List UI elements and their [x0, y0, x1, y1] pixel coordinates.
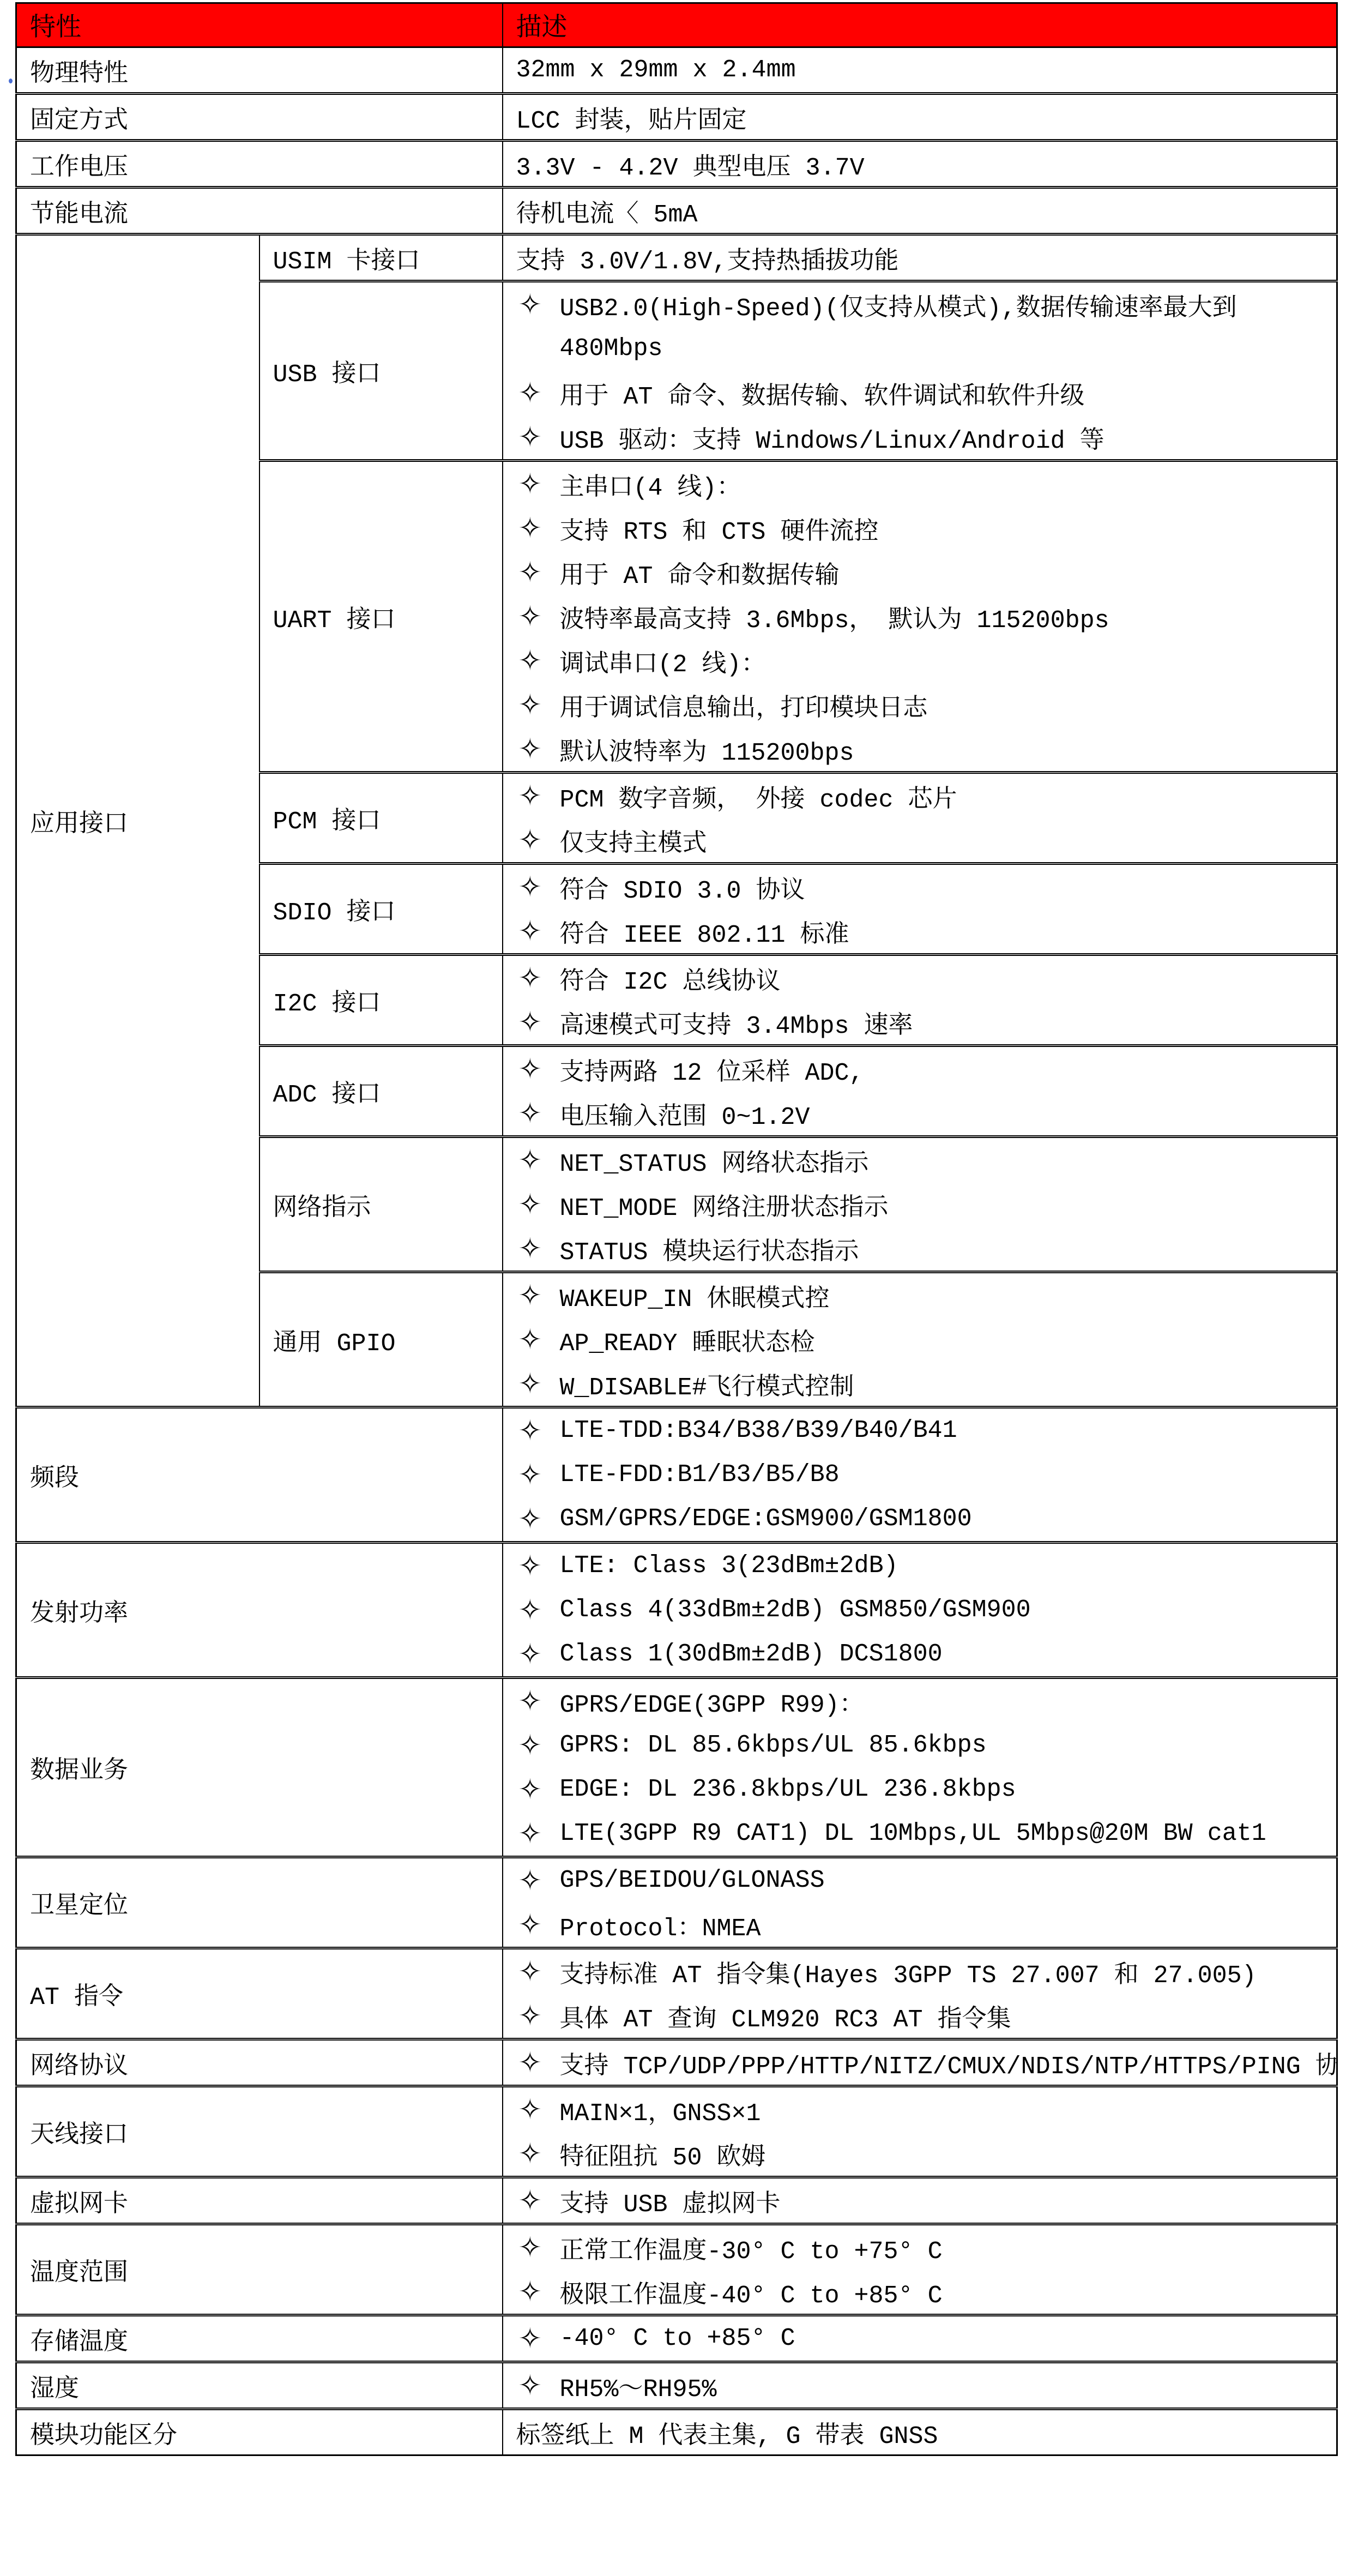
- description-line: ✧NET_MODE 网络注册状态指示: [503, 1182, 1337, 1226]
- description-line: 支持 3.0V/1.8V,支持热插拔功能: [503, 236, 1337, 280]
- description-text: LTE-TDD:B34/B38/B39/B40/B41: [560, 1417, 957, 1445]
- feature-cell: 温度范围: [16, 2224, 503, 2315]
- description-line: ✧具体 AT 查询 CLM920 RC3 AT 指令集: [503, 1994, 1337, 2038]
- table-row: 数据业务✧GPRS/EDGE(3GPP R99)：✧GPRS: DL 85.6k…: [16, 1678, 1337, 1857]
- description-line: ✧USB 驱动：支持 Windows/Linux/Android 等: [503, 415, 1337, 459]
- description-cell: ✧支持两路 12 位采样 ADC,✧电压输入范围 0~1.2V: [503, 1046, 1337, 1137]
- bullet-star-icon: ✧: [518, 1731, 560, 1760]
- description-cell: ✧支持 TCP/UDP/PPP/HTTP/NITZ/CMUX/NDIS/NTP/…: [503, 2039, 1337, 2086]
- header-row: 特性 描述: [16, 3, 1337, 47]
- description-line: ✧用于调试信息输出，打印模块日志: [503, 683, 1337, 727]
- description-line: 3.3V - 4.2V 典型电压 3.7V: [503, 142, 1337, 186]
- bullet-star-icon: ✧: [518, 735, 560, 763]
- description-line: ✧WAKEUP_IN 休眠模式控: [503, 1273, 1337, 1317]
- description-line: ✧波特率最高支持 3.6Mbps， 默认为 115200bps: [503, 594, 1337, 639]
- description-text: Protocol：NMEA: [560, 1907, 761, 1943]
- bullet-star-icon: ✧: [518, 691, 560, 719]
- bullet-star-icon: ✧: [518, 470, 560, 498]
- description-line: ✧LTE-FDD:B1/B3/B5/B8: [503, 1453, 1337, 1497]
- bullet-star-icon: ✧: [518, 1190, 560, 1219]
- description-cell: ✧-40° C to +85° C: [503, 2315, 1337, 2362]
- description-line: ✧PCM 数字音频， 外接 codec 芯片: [503, 774, 1337, 818]
- description-text: GPRS/EDGE(3GPP R99)：: [560, 1683, 864, 1719]
- description-line: ✧支持 USB 虚拟网卡: [503, 2178, 1337, 2223]
- feature-cell: AT 指令: [16, 1948, 503, 2039]
- stray-mark: [9, 79, 13, 83]
- description-line: ✧GPS/BEIDOU/GLONASS: [503, 1858, 1337, 1903]
- bullet-star-icon: ✧: [518, 2234, 560, 2262]
- table-row: 天线接口✧MAIN×1，GNSS×1✧特征阻抗 50 欧姆: [16, 2086, 1337, 2177]
- description-line: ✧EDGE: DL 236.8kbps/UL 236.8kbps: [503, 1767, 1337, 1811]
- subfeature-cell: UART 接口: [259, 461, 503, 773]
- description-line: ✧GPRS/EDGE(3GPP R99)：: [503, 1679, 1337, 1723]
- description-text: GPRS: DL 85.6kbps/UL 85.6kbps: [560, 1731, 987, 1759]
- description-text: 符合 I2C 总线协议: [560, 960, 781, 996]
- bullet-star-icon: ✧: [518, 1911, 560, 1939]
- description-text: W_DISABLE#飞行模式控制: [560, 1366, 854, 1402]
- header-feature-cell: 特性: [16, 3, 503, 47]
- bullet-star-icon: ✧: [518, 2278, 560, 2306]
- bullet-star-icon: ✧: [518, 1552, 560, 1580]
- description-text: -40° C to +85° C: [560, 2325, 795, 2352]
- bullet-star-icon: ✧: [518, 1775, 560, 1804]
- table-row: 发射功率✧LTE: Class 3(23dBm±2dB)✧Class 4(33d…: [16, 1543, 1337, 1678]
- description-text: LTE-FDD:B1/B3/B5/B8: [560, 1461, 840, 1489]
- description-cell: ✧正常工作温度-30° C to +75° C✧极限工作温度-40° C to …: [503, 2224, 1337, 2315]
- description-text: STATUS 模块运行状态指示: [560, 1231, 859, 1267]
- subfeature-cell: SDIO 接口: [259, 864, 503, 955]
- description-text: 正常工作温度-30° C to +75° C: [560, 2230, 943, 2266]
- spec-table-body: 物理特性32mm x 29mm x 2.4mm固定方式LCC 封装，贴片固定工作…: [16, 47, 1337, 2455]
- description-text: 具体 AT 查询 CLM920 RC3 AT 指令集: [560, 1998, 1011, 2034]
- spec-table: 特性 描述 物理特性32mm x 29mm x 2.4mm固定方式LCC 封装，…: [15, 2, 1338, 2456]
- description-line: ✧-40° C to +85° C: [503, 2316, 1337, 2361]
- description-text: LCC 封装，贴片固定: [516, 99, 747, 135]
- bullet-star-icon: ✧: [518, 1687, 560, 1716]
- table-row: 温度范围✧正常工作温度-30° C to +75° C✧极限工作温度-40° C…: [16, 2224, 1337, 2315]
- bullet-star-icon: ✧: [518, 291, 560, 319]
- bullet-star-icon: ✧: [518, 1055, 560, 1084]
- table-row: 节能电流待机电流〈 5mA: [16, 188, 1337, 234]
- feature-cell: 固定方式: [16, 94, 503, 141]
- description-cell: ✧PCM 数字音频， 外接 codec 芯片✧仅支持主模式: [503, 773, 1337, 864]
- description-line: ✧LTE: Class 3(23dBm±2dB): [503, 1544, 1337, 1588]
- description-cell: ✧NET_STATUS 网络状态指示✧NET_MODE 网络注册状态指示✧STA…: [503, 1137, 1337, 1272]
- bullet-star-icon: ✧: [518, 2096, 560, 2124]
- bullet-star-icon: ✧: [518, 873, 560, 901]
- bullet-star-icon: ✧: [518, 2372, 560, 2400]
- description-text: 32mm x 29mm x 2.4mm: [516, 56, 796, 84]
- description-cell: ✧支持标准 AT 指令集(Hayes 3GPP TS 27.007 和 27.0…: [503, 1948, 1337, 2039]
- subfeature-cell: I2C 接口: [259, 955, 503, 1046]
- table-row: 网络协议✧支持 TCP/UDP/PPP/HTTP/NITZ/CMUX/NDIS/…: [16, 2039, 1337, 2086]
- description-cell: 支持 3.0V/1.8V,支持热插拔功能: [503, 234, 1337, 281]
- description-cell: ✧RH5%～RH95%: [503, 2362, 1337, 2409]
- description-line: ✧用于 AT 命令、数据传输、软件调试和软件升级: [503, 371, 1337, 415]
- description-cell: 待机电流〈 5mA: [503, 188, 1337, 234]
- description-line: ✧正常工作温度-30° C to +75° C: [503, 2225, 1337, 2270]
- table-row: 固定方式LCC 封装，贴片固定: [16, 94, 1337, 141]
- description-text: 支持 USB 虚拟网卡: [560, 2183, 781, 2219]
- description-text: NET_STATUS 网络状态指示: [560, 1142, 869, 1178]
- description-text: 支持 3.0V/1.8V,支持热插拔功能: [516, 240, 899, 276]
- description-text: EDGE: DL 236.8kbps/UL 236.8kbps: [560, 1775, 1016, 1803]
- description-text: MAIN×1，GNSS×1: [560, 2092, 761, 2128]
- bullet-star-icon: ✧: [518, 1099, 560, 1128]
- description-cell: ✧LTE-TDD:B34/B38/B39/B40/B41✧LTE-FDD:B1/…: [503, 1407, 1337, 1543]
- description-text: Class 4(33dBm±2dB) GSM850/GSM900: [560, 1596, 1031, 1624]
- description-text: LTE(3GPP R9 CAT1) DL 10Mbps,UL 5Mbps@20M…: [560, 1820, 1266, 1847]
- bullet-star-icon: ✧: [518, 1640, 560, 1669]
- subfeature-cell: USB 接口: [259, 281, 503, 461]
- description-line: ✧电压输入范围 0~1.2V: [503, 1091, 1337, 1135]
- description-line: ✧GSM/GPRS/EDGE:GSM900/GSM1800: [503, 1497, 1337, 1541]
- description-line: ✧符合 I2C 总线协议: [503, 956, 1337, 1000]
- description-cell: ✧GPS/BEIDOU/GLONASS✧Protocol：NMEA: [503, 1857, 1337, 1948]
- description-line: ✧支持标准 AT 指令集(Hayes 3GPP TS 27.007 和 27.0…: [503, 1949, 1337, 1994]
- bullet-star-icon: ✧: [518, 2187, 560, 2215]
- description-text: 支持 RTS 和 CTS 硬件流控: [560, 510, 879, 546]
- description-line: ✧MAIN×1，GNSS×1: [503, 2087, 1337, 2132]
- feature-cell: 发射功率: [16, 1543, 503, 1678]
- description-line: ✧USB2.0(High-Speed)(仅支持从模式),数据传输速率最大到: [503, 282, 1337, 327]
- bullet-star-icon: ✧: [518, 1326, 560, 1354]
- spec-table-header: 特性 描述: [16, 3, 1337, 47]
- table-row: 工作电压3.3V - 4.2V 典型电压 3.7V: [16, 141, 1337, 188]
- bullet-star-icon: ✧: [518, 917, 560, 946]
- description-line: ✧高速模式可支持 3.4Mbps 速率: [503, 1000, 1337, 1044]
- subfeature-cell: ADC 接口: [259, 1046, 503, 1137]
- description-line: ✧NET_STATUS 网络状态指示: [503, 1138, 1337, 1182]
- description-text: 仅支持主模式: [560, 822, 707, 858]
- description-line: ✧RH5%～RH95%: [503, 2363, 1337, 2408]
- description-line: 标签纸上 M 代表主集, G 带表 GNSS: [503, 2410, 1337, 2454]
- bullet-star-icon: ✧: [518, 1505, 560, 1533]
- description-line: ✧Class 4(33dBm±2dB) GSM850/GSM900: [503, 1588, 1337, 1632]
- description-cell: LCC 封装，贴片固定: [503, 94, 1337, 141]
- feature-cell: 频段: [16, 1407, 503, 1543]
- description-line: ✧极限工作温度-40° C to +85° C: [503, 2270, 1337, 2314]
- bullet-star-icon: ✧: [518, 1417, 560, 1445]
- feature-cell: 应用接口: [16, 234, 259, 1407]
- subfeature-cell: 通用 GPIO: [259, 1272, 503, 1407]
- table-row: 存储温度✧-40° C to +85° C: [16, 2315, 1337, 2362]
- bullet-star-icon: ✧: [518, 514, 560, 543]
- description-line: 待机电流〈 5mA: [503, 189, 1337, 233]
- description-text: 标签纸上 M 代表主集, G 带表 GNSS: [516, 2415, 938, 2451]
- description-text: 3.3V - 4.2V 典型电压 3.7V: [516, 146, 865, 182]
- description-text: GPS/BEIDOU/GLONASS: [560, 1867, 825, 1894]
- table-row: 物理特性32mm x 29mm x 2.4mm: [16, 47, 1337, 94]
- description-cell: ✧主串口(4 线)：✧支持 RTS 和 CTS 硬件流控✧用于 AT 命令和数据…: [503, 461, 1337, 773]
- bullet-star-icon: ✧: [518, 2002, 560, 2030]
- description-cell: 标签纸上 M 代表主集, G 带表 GNSS: [503, 2409, 1337, 2455]
- description-cell: ✧符合 SDIO 3.0 协议✧符合 IEEE 802.11 标准: [503, 864, 1337, 955]
- bullet-star-icon: ✧: [518, 826, 560, 854]
- description-text: Class 1(30dBm±2dB) DCS1800: [560, 1640, 943, 1668]
- description-text: USB2.0(High-Speed)(仅支持从模式),数据传输速率最大到: [560, 287, 1237, 323]
- bullet-star-icon: ✧: [518, 1008, 560, 1037]
- feature-cell: 湿度: [16, 2362, 503, 2409]
- description-cell: 32mm x 29mm x 2.4mm: [503, 47, 1337, 94]
- description-line: ✧STATUS 模块运行状态指示: [503, 1226, 1337, 1271]
- table-row: 虚拟网卡✧支持 USB 虚拟网卡: [16, 2177, 1337, 2224]
- description-line: ✧仅支持主模式: [503, 818, 1337, 862]
- bullet-star-icon: ✧: [518, 782, 560, 810]
- bullet-star-icon: ✧: [518, 647, 560, 675]
- description-line: ✧调试串口(2 线)：: [503, 639, 1337, 683]
- feature-cell: 存储温度: [16, 2315, 503, 2362]
- subfeature-cell: USIM 卡接口: [259, 234, 503, 281]
- table-row: 频段✧LTE-TDD:B34/B38/B39/B40/B41✧LTE-FDD:B…: [16, 1407, 1337, 1543]
- bullet-star-icon: ✧: [518, 1281, 560, 1310]
- description-cell: 3.3V - 4.2V 典型电压 3.7V: [503, 141, 1337, 188]
- description-text: 支持标准 AT 指令集(Hayes 3GPP TS 27.007 和 27.00…: [560, 1954, 1257, 1990]
- description-text: 支持 TCP/UDP/PPP/HTTP/NITZ/CMUX/NDIS/NTP/H…: [560, 2045, 1337, 2081]
- description-text: 特征阻抗 50 欧姆: [560, 2136, 766, 2172]
- description-line: 32mm x 29mm x 2.4mm: [503, 48, 1337, 92]
- description-text: 调试串口(2 线)：: [560, 643, 766, 679]
- description-text: RH5%～RH95%: [560, 2368, 717, 2404]
- bullet-star-icon: ✧: [518, 603, 560, 631]
- description-text: 用于调试信息输出，打印模块日志: [560, 687, 928, 723]
- description-text: PCM 数字音频， 外接 codec 芯片: [560, 778, 957, 814]
- bullet-star-icon: ✧: [518, 423, 560, 452]
- header-description-cell: 描述: [503, 3, 1337, 47]
- bullet-star-icon: ✧: [518, 2049, 560, 2077]
- description-line: ✧AP_READY 睡眠状态检: [503, 1317, 1337, 1362]
- description-text: 480Mbps: [560, 335, 663, 363]
- description-cell: ✧LTE: Class 3(23dBm±2dB)✧Class 4(33dBm±2…: [503, 1543, 1337, 1678]
- description-text: 电压输入范围 0~1.2V: [560, 1096, 810, 1131]
- description-text: USB 驱动：支持 Windows/Linux/Android 等: [560, 419, 1104, 455]
- bullet-star-icon: ✧: [518, 1370, 560, 1398]
- description-cell: ✧符合 I2C 总线协议✧高速模式可支持 3.4Mbps 速率: [503, 955, 1337, 1046]
- description-text: 主串口(4 线)：: [560, 466, 741, 502]
- feature-cell: 数据业务: [16, 1678, 503, 1857]
- subfeature-cell: 网络指示: [259, 1137, 503, 1272]
- description-cell: ✧MAIN×1，GNSS×1✧特征阻抗 50 欧姆: [503, 2086, 1337, 2177]
- bullet-star-icon: ✧: [518, 2325, 560, 2353]
- bullet-star-icon: ✧: [518, 558, 560, 587]
- description-line: ✧支持两路 12 位采样 ADC,: [503, 1047, 1337, 1091]
- description-text: 符合 SDIO 3.0 协议: [560, 869, 805, 905]
- feature-cell: 模块功能区分: [16, 2409, 503, 2455]
- table-row: 应用接口USIM 卡接口支持 3.0V/1.8V,支持热插拔功能: [16, 234, 1337, 281]
- description-line: LCC 封装，贴片固定: [503, 95, 1337, 139]
- description-cell: ✧支持 USB 虚拟网卡: [503, 2177, 1337, 2224]
- feature-cell: 节能电流: [16, 188, 503, 234]
- table-row: 模块功能区分标签纸上 M 代表主集, G 带表 GNSS: [16, 2409, 1337, 2455]
- bullet-star-icon: ✧: [518, 1235, 560, 1263]
- feature-cell: 工作电压: [16, 141, 503, 188]
- feature-cell: 虚拟网卡: [16, 2177, 503, 2224]
- description-text: 待机电流〈 5mA: [516, 193, 698, 229]
- table-row: AT 指令✧支持标准 AT 指令集(Hayes 3GPP TS 27.007 和…: [16, 1948, 1337, 2039]
- description-line: ✧用于 AT 命令和数据传输: [503, 550, 1337, 594]
- bullet-star-icon: ✧: [518, 1820, 560, 1848]
- bullet-star-icon: ✧: [518, 1146, 560, 1175]
- bullet-star-icon: ✧: [518, 964, 560, 992]
- bullet-star-icon: ✧: [518, 1596, 560, 1624]
- description-line: ✧支持 RTS 和 CTS 硬件流控: [503, 506, 1337, 550]
- description-line: ✧W_DISABLE#飞行模式控制: [503, 1362, 1337, 1406]
- description-line: ✧Protocol：NMEA: [503, 1903, 1337, 1947]
- description-line: ✧符合 SDIO 3.0 协议: [503, 865, 1337, 909]
- feature-cell: 天线接口: [16, 2086, 503, 2177]
- bullet-star-icon: ✧: [518, 2140, 560, 2168]
- description-text: 用于 AT 命令、数据传输、软件调试和软件升级: [560, 375, 1085, 411]
- description-text: NET_MODE 网络注册状态指示: [560, 1187, 889, 1223]
- bullet-star-icon: ✧: [518, 1958, 560, 1986]
- description-text: 波特率最高支持 3.6Mbps， 默认为 115200bps: [560, 599, 1109, 635]
- description-text: 极限工作温度-40° C to +85° C: [560, 2274, 943, 2310]
- description-text: LTE: Class 3(23dBm±2dB): [560, 1552, 898, 1580]
- description-cell: ✧GPRS/EDGE(3GPP R99)：✧GPRS: DL 85.6kbps/…: [503, 1678, 1337, 1857]
- description-line: ✧LTE(3GPP R9 CAT1) DL 10Mbps,UL 5Mbps@20…: [503, 1811, 1337, 1856]
- subfeature-cell: PCM 接口: [259, 773, 503, 864]
- description-line: ✧支持 TCP/UDP/PPP/HTTP/NITZ/CMUX/NDIS/NTP/…: [503, 2041, 1337, 2085]
- table-row: 卫星定位✧GPS/BEIDOU/GLONASS✧Protocol：NMEA: [16, 1857, 1337, 1948]
- table-row: 湿度✧RH5%～RH95%: [16, 2362, 1337, 2409]
- description-text: GSM/GPRS/EDGE:GSM900/GSM1800: [560, 1505, 972, 1533]
- feature-cell: 卫星定位: [16, 1857, 503, 1948]
- description-line: ✧LTE-TDD:B34/B38/B39/B40/B41: [503, 1409, 1337, 1453]
- description-text: 默认波特率为 115200bps: [560, 731, 854, 767]
- description-cell: ✧WAKEUP_IN 休眠模式控✧AP_READY 睡眠状态检✧W_DISABL…: [503, 1272, 1337, 1407]
- description-text: WAKEUP_IN 休眠模式控: [560, 1278, 830, 1314]
- bullet-star-icon: ✧: [518, 1867, 560, 1895]
- description-line: ✧主串口(4 线)：: [503, 462, 1337, 506]
- description-line: ✧Class 1(30dBm±2dB) DCS1800: [503, 1632, 1337, 1676]
- description-text: AP_READY 睡眠状态检: [560, 1322, 815, 1358]
- description-text: 用于 AT 命令和数据传输: [560, 555, 840, 591]
- description-line: 480Mbps: [503, 327, 1337, 371]
- description-text: 符合 IEEE 802.11 标准: [560, 913, 849, 949]
- feature-cell: 网络协议: [16, 2039, 503, 2086]
- bullet-star-icon: ✧: [518, 379, 560, 407]
- bullet-star-icon: ✧: [518, 1461, 560, 1489]
- description-cell: ✧USB2.0(High-Speed)(仅支持从模式),数据传输速率最大到480…: [503, 281, 1337, 461]
- description-line: ✧默认波特率为 115200bps: [503, 727, 1337, 771]
- feature-cell: 物理特性: [16, 47, 503, 94]
- description-text: 支持两路 12 位采样 ADC,: [560, 1051, 864, 1087]
- description-line: ✧符合 IEEE 802.11 标准: [503, 909, 1337, 953]
- description-line: ✧特征阻抗 50 欧姆: [503, 2132, 1337, 2176]
- description-text: 高速模式可支持 3.4Mbps 速率: [560, 1004, 913, 1040]
- description-line: ✧GPRS: DL 85.6kbps/UL 85.6kbps: [503, 1723, 1337, 1767]
